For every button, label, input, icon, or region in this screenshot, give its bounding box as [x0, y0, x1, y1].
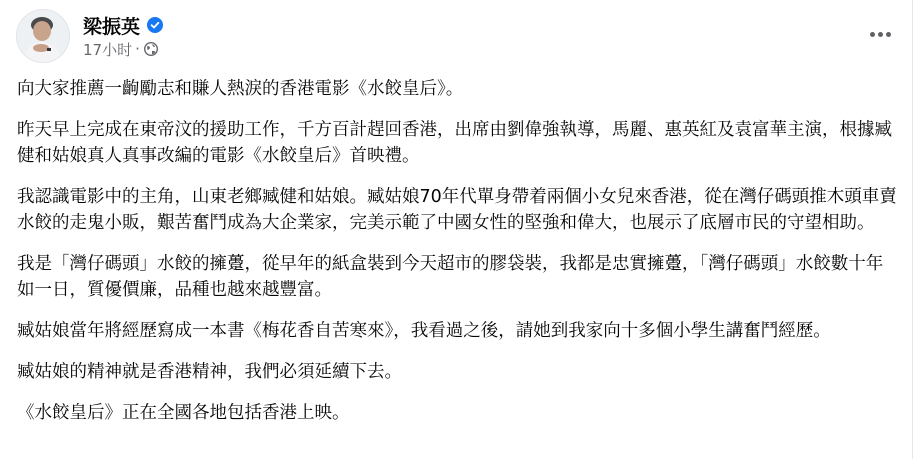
post-body: 向大家推薦一齣勵志和賺人熱淚的香港電影《水餃皇后》。 昨天早上完成在東帝汶的援助… [17, 76, 897, 441]
post-paragraph: 昨天早上完成在東帝汶的援助工作，千方百計趕回香港，出席由劉偉強執導，馬麗、惠英紅… [17, 117, 897, 169]
post-paragraph: 《水餃皇后》正在全國各地包括香港上映。 [17, 400, 897, 426]
more-horizontal-icon-dot [878, 32, 883, 37]
avatar[interactable] [16, 9, 70, 63]
facebook-post: 梁振英 17小时 · [0, 0, 913, 459]
author-name[interactable]: 梁振英 [83, 12, 140, 39]
more-horizontal-icon-dot [870, 32, 875, 37]
verified-badge-icon [147, 17, 163, 33]
post-paragraph: 我認識電影中的主角，山東老鄉臧健和姑娘。臧姑娘70年代單身帶着兩個小女兒來香港，… [17, 184, 897, 236]
more-options-button[interactable] [862, 22, 898, 46]
more-horizontal-icon-dot [886, 32, 891, 37]
post-paragraph: 臧姑娘的精神就是香港精神，我們必須延續下去。 [17, 359, 897, 385]
separator-dot: · [135, 40, 140, 58]
post-meta: 梁振英 17小时 · [83, 12, 163, 60]
globe-icon[interactable] [144, 42, 158, 56]
author-row: 梁振英 [83, 12, 163, 38]
post-subtitle: 17小时 · [83, 38, 163, 60]
post-paragraph: 臧姑娘當年將經歷寫成一本書《梅花香自苦寒來》，我看過之後，請她到我家向十多個小學… [17, 318, 897, 344]
post-timestamp[interactable]: 17小时 [83, 39, 132, 60]
post-header: 梁振英 17小时 · [16, 8, 163, 64]
avatar-photo [17, 10, 69, 62]
post-paragraph: 我是「灣仔碼頭」水餃的擁躉，從早年的紙盒裝到今天超市的膠袋裝，我都是忠實擁躉，「… [17, 251, 897, 303]
post-paragraph: 向大家推薦一齣勵志和賺人熱淚的香港電影《水餃皇后》。 [17, 76, 897, 102]
